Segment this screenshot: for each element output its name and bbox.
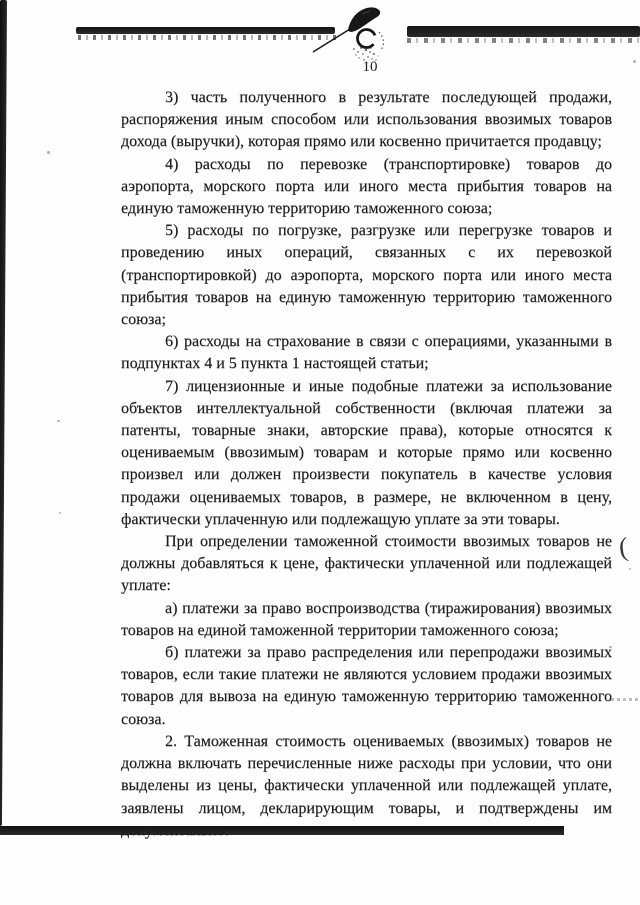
paragraph-subitem-a: а) платежи за право воспроизводства (тир… <box>121 598 612 642</box>
paragraph-subitem-b: б) платежи за право распределения или пе… <box>121 642 612 731</box>
scan-noise-speck <box>633 60 636 63</box>
scan-noise-dashes <box>611 698 639 701</box>
paragraph-subitem-5: 5) расходы по погрузке, разгрузке или пе… <box>121 220 612 331</box>
document-body: 3) часть полученного в результате послед… <box>121 87 612 842</box>
handwritten-paren-mark: ( <box>618 534 630 562</box>
scan-noise-speck <box>57 420 60 422</box>
scan-edge-top-left <box>76 27 335 34</box>
scan-noise-speck <box>47 151 50 154</box>
paragraph-subitem-6: 6) расходы на страхование в связи с опер… <box>121 331 612 375</box>
scan-noise-speck <box>629 568 631 570</box>
paragraph-subitem-3: 3) часть полученного в результате послед… <box>121 87 612 154</box>
page-number: 10 <box>355 59 385 76</box>
paragraph-subitem-4: 4) расходы по перевозке (транспортировке… <box>121 154 612 221</box>
paragraph-intro-additions: При определении таможенной стоимости вво… <box>121 531 612 598</box>
scan-edge-left <box>0 0 7 826</box>
paragraph-point-2: 2. Таможенная стоимость оцениваемых (вво… <box>121 731 612 842</box>
paragraph-subitem-7: 7) лицензионные и иные подобные платежи … <box>121 376 612 531</box>
scan-edge-top-right <box>407 26 640 37</box>
ink-blot-bird-icon <box>300 2 400 66</box>
scan-noise-speck <box>59 512 61 514</box>
scan-noise-speck <box>609 646 612 648</box>
scanned-document-page: 10 3) часть полученного в результате пос… <box>0 0 640 905</box>
